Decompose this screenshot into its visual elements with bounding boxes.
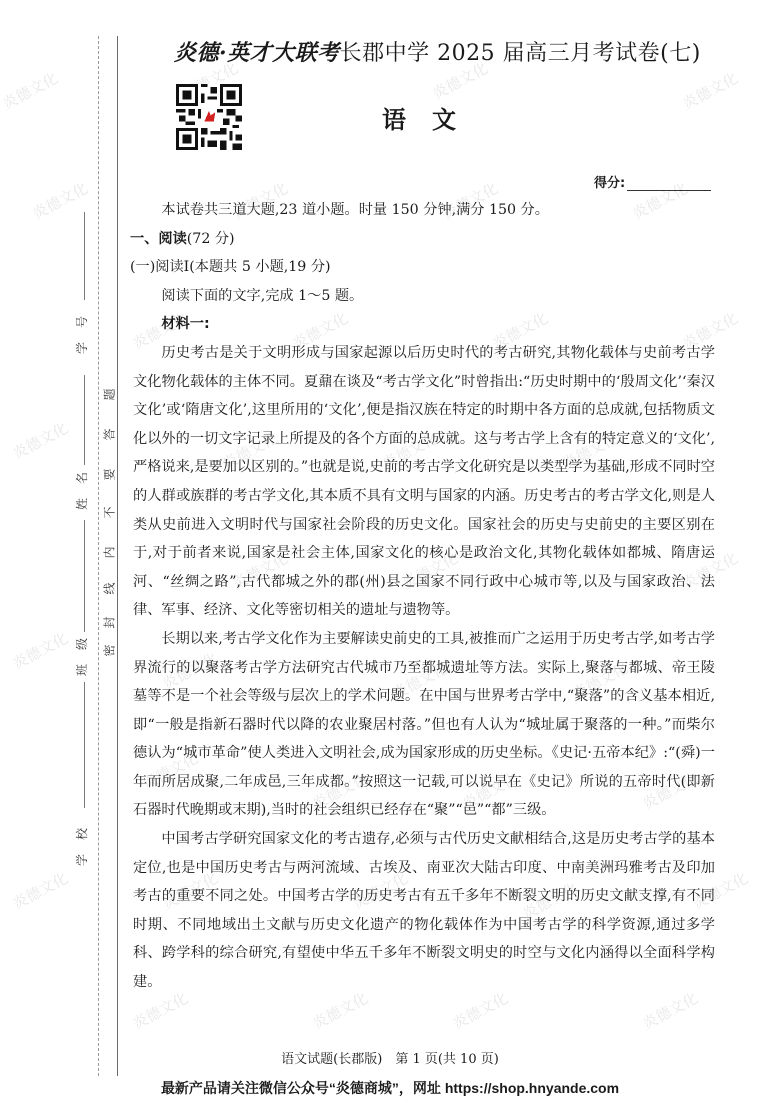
student-name-label: 姓名	[73, 458, 90, 510]
seal-char: 要	[101, 468, 118, 480]
passage-paragraph: 中国考古学研究国家文化的考古遗存,必须与古代历史文献相结合,这是历史考古学的基本…	[133, 825, 715, 997]
subsection-heading: (一)阅读Ⅰ(本题共 5 小题,19 分)	[130, 253, 715, 282]
seal-dotted-line	[98, 36, 99, 1076]
seal-char: 内	[101, 546, 118, 558]
student-id-label: 学号	[73, 302, 90, 354]
seal-char: 线	[101, 582, 118, 594]
watermark: 炎德文化	[9, 867, 72, 914]
seal-char: 答	[101, 428, 118, 440]
exam-content: 本试卷共三道大题,23 道小题。时量 150 分钟,满分 150 分。 一、阅读…	[133, 196, 715, 997]
exam-name: 长郡中学 2025 届高三月考试卷(七)	[340, 41, 701, 66]
watermark: 炎德文化	[9, 417, 72, 464]
score-label: 得分:	[594, 176, 625, 191]
seal-char: 题	[101, 388, 118, 400]
seal-char: 不	[101, 506, 118, 518]
student-class-label: 班级	[73, 624, 90, 676]
passage-paragraph: 长期以来,考古学文化作为主要解读史前史的工具,被推而广之运用于历史考古学,如考古…	[133, 625, 715, 825]
student-id-field-line[interactable]	[84, 212, 85, 300]
exam-intro: 本试卷共三道大题,23 道小题。时量 150 分钟,满分 150 分。	[133, 196, 715, 225]
promo-banner: 最新产品请关注微信公众号“炎德商城”，网址 https://shop.hnyan…	[0, 1078, 780, 1098]
student-class-field-line[interactable]	[84, 520, 85, 632]
watermark: 炎德文化	[0, 67, 61, 114]
qr-code-icon[interactable]	[176, 84, 242, 150]
exam-title: 炎德·英才大联考长郡中学 2025 届高三月考试卷(七)	[174, 36, 694, 67]
subject-title: 语文	[382, 100, 482, 135]
student-school-label: 学校	[73, 814, 90, 866]
brand-name: 炎德·英才大联考	[174, 40, 340, 66]
section-score: (72 分)	[187, 231, 235, 247]
watermark: 炎德文化	[9, 627, 72, 674]
seal-char: 密	[101, 644, 118, 656]
section-heading: 一、阅读(72 分)	[130, 225, 715, 254]
seal-char: 封	[101, 616, 118, 628]
page-footer: 语文试题(长郡版) 第 1 页(共 10 页)	[0, 1048, 780, 1067]
material-label: 材料一:	[133, 310, 715, 339]
watermark: 炎德文化	[679, 67, 742, 114]
passage-paragraph: 历史考古是关于文明形成与国家起源以后历史时代的考古研究,其物化载体与史前考古学文…	[133, 339, 715, 625]
reading-instruction: 阅读下面的文字,完成 1～5 题。	[133, 282, 715, 311]
student-name-field-line[interactable]	[84, 375, 85, 465]
student-school-field-line[interactable]	[84, 682, 85, 808]
section-title: 一、阅读	[130, 231, 187, 247]
score-field: 得分:	[594, 172, 711, 191]
score-input-line[interactable]	[627, 178, 711, 191]
watermark: 炎德文化	[29, 177, 92, 224]
